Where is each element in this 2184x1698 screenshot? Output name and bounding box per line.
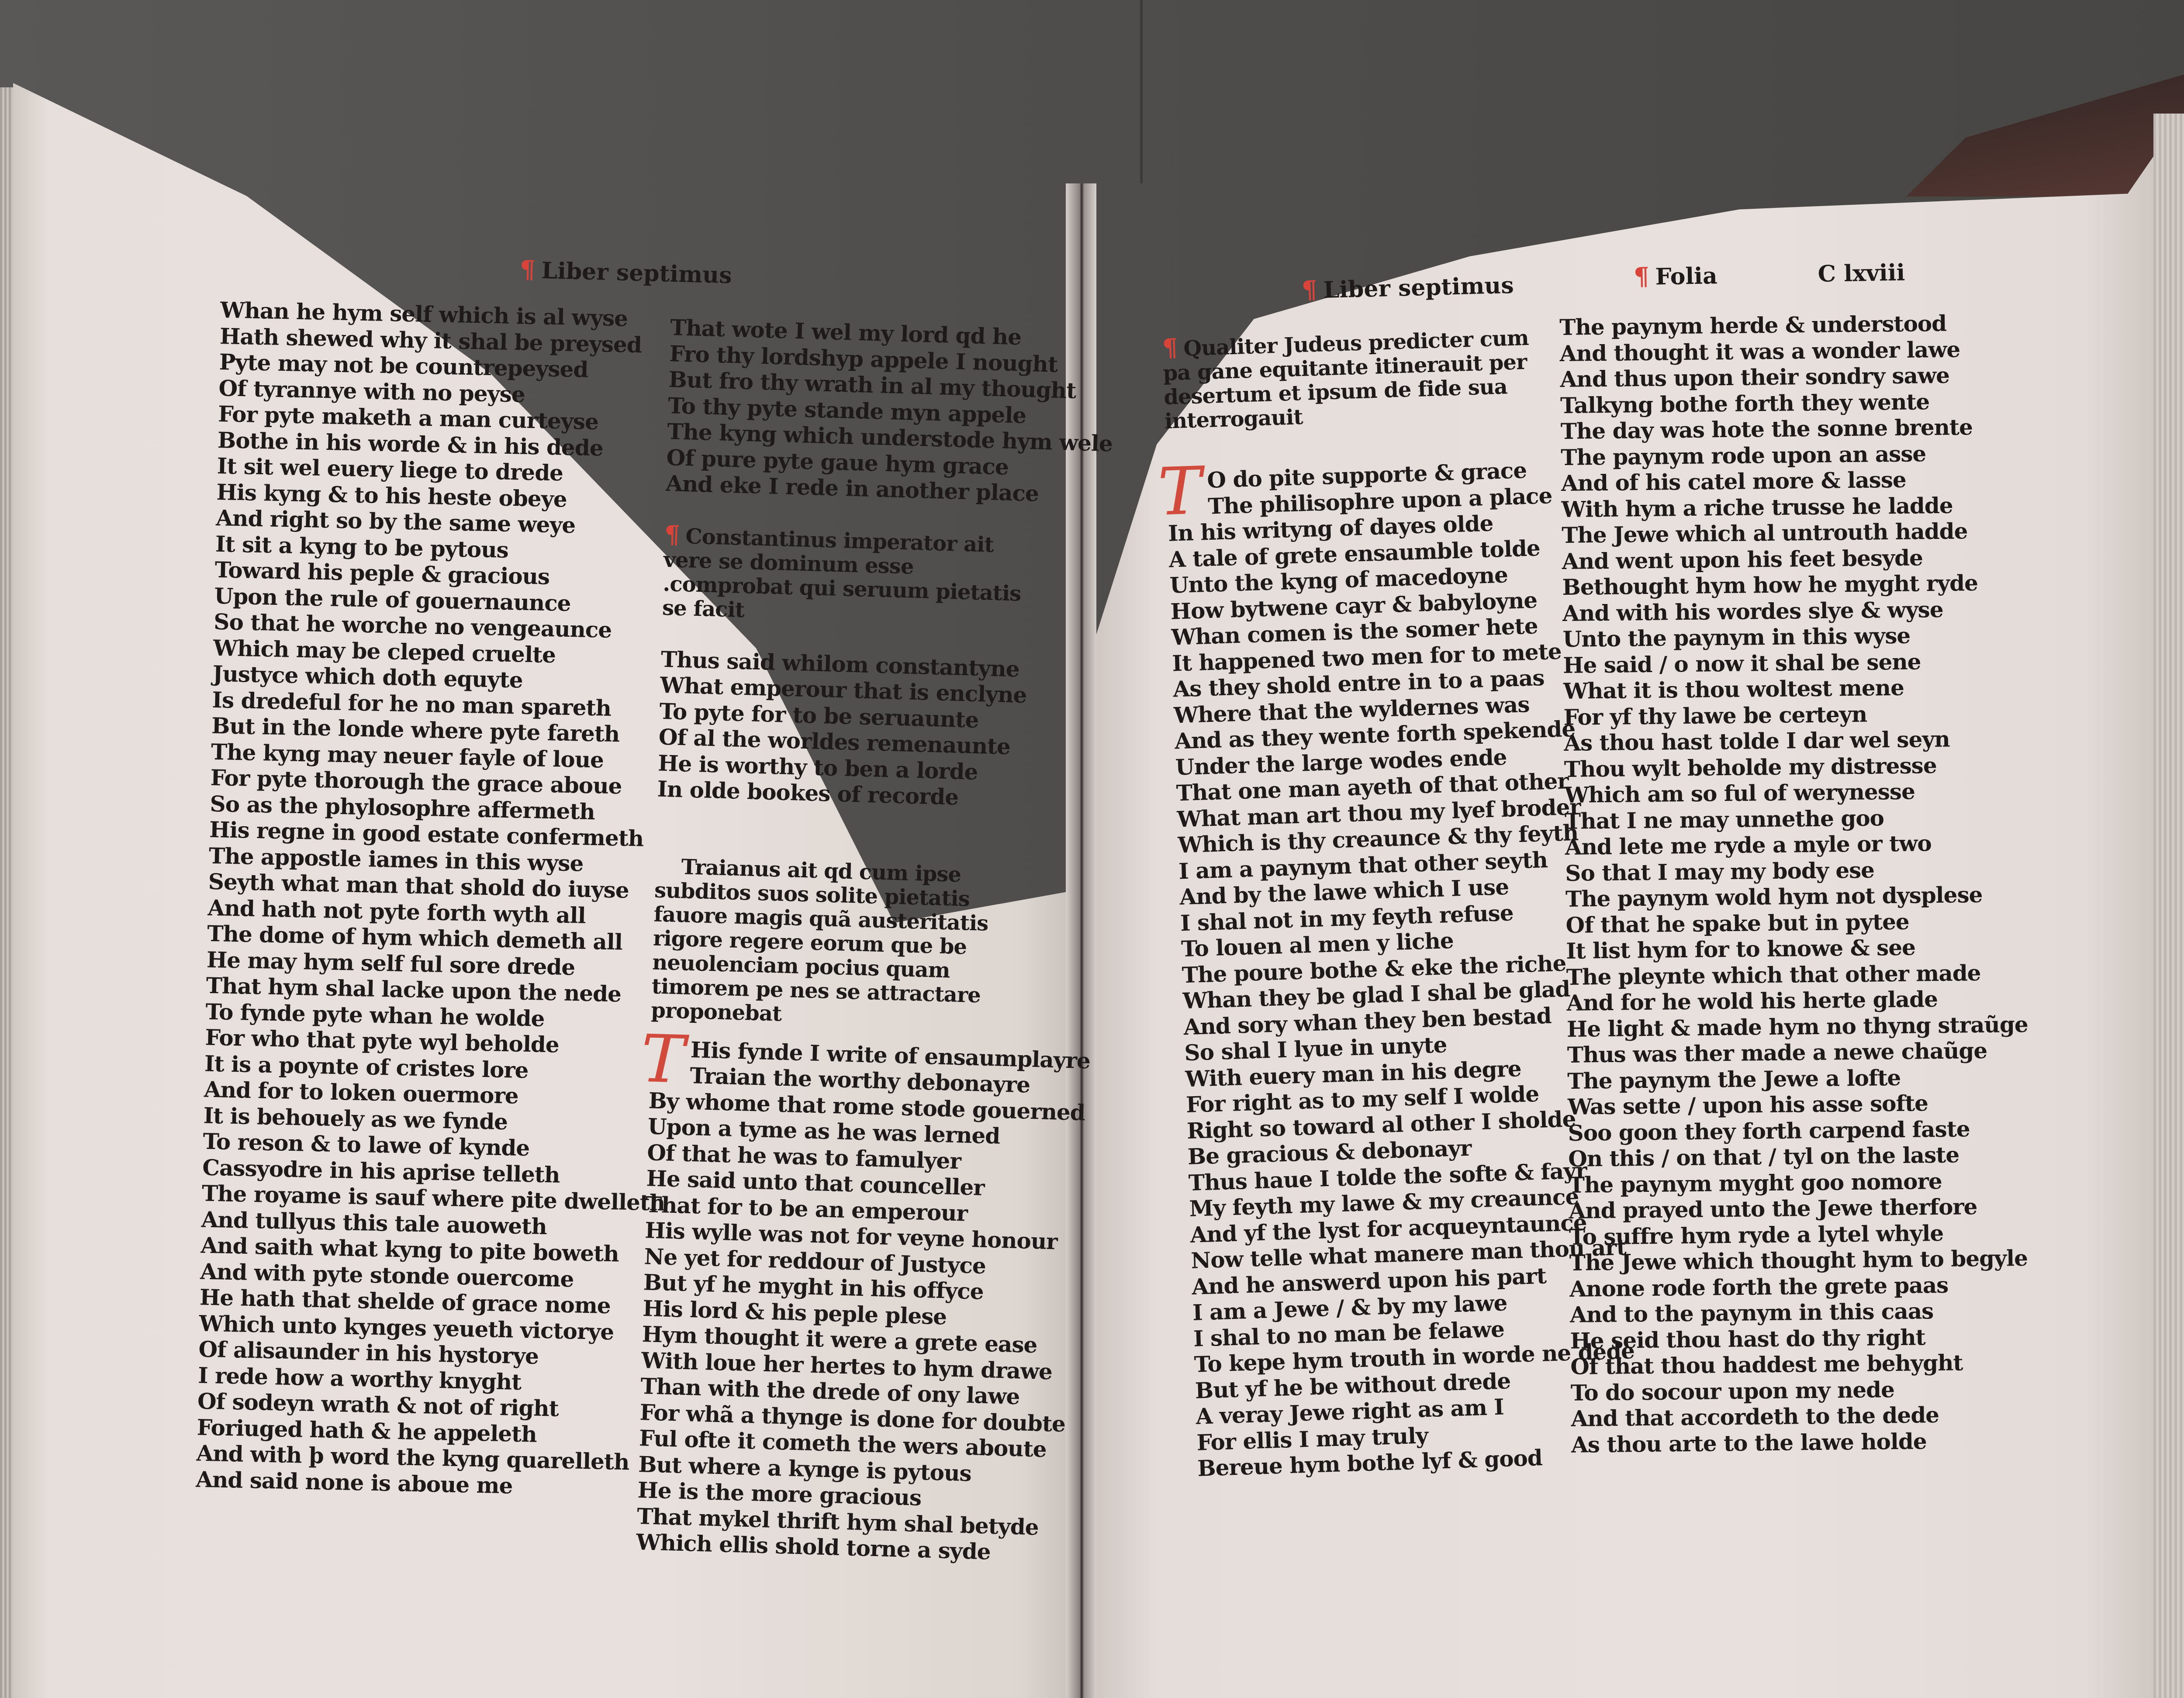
book-gutter <box>1066 183 1096 1698</box>
verse-line: And lete me ryde a myle or two <box>1565 829 2026 860</box>
verse-line: So that I may my body ese <box>1565 855 2026 886</box>
verse-line: Was sette / upon his asse softe <box>1568 1089 2029 1120</box>
pilcrow-icon: ¶ <box>519 255 536 284</box>
verse-line: The paynym herde & understood <box>1559 310 2021 341</box>
verse-line: On this / on that / tyl on the laste <box>1568 1141 2029 1172</box>
verse-line: And with his wordes slye & wyse <box>1562 595 2024 626</box>
pilcrow-icon: ¶ <box>1633 262 1649 291</box>
folio-number: C lxviii <box>1818 259 1905 287</box>
verse-line: The paynym rode upon an asse <box>1561 439 2022 470</box>
verse-line: And prayed unto the Jewe therfore <box>1569 1193 2030 1224</box>
verse-line: And went upon his feet besyde <box>1562 543 2023 574</box>
verse-line: To do socour upon my nede <box>1571 1375 2032 1406</box>
verse-block-2: Thus said whilom constantyneWhat emperou… <box>657 646 1019 812</box>
verse-line: What it is thou woltest mene <box>1563 673 2025 704</box>
verse-line: He said / o now it shal be sene <box>1563 647 2024 678</box>
folio-label: Folia <box>1655 262 1717 290</box>
verse-line: Bethought hym how he myght ryde <box>1562 569 2023 601</box>
right-page-column-1: ¶Qualiter Judeus predicter cum pa gane e… <box>1162 325 1565 1482</box>
verse-line: And for he wold his herte glade <box>1566 985 2028 1016</box>
rubric-constantinus: ¶Constantinus imperator ait vere se domi… <box>662 522 1023 630</box>
verse-line: With hym a riche trusse he ladde <box>1561 491 2022 522</box>
verse-line: Of that he spake but in pytee <box>1565 907 2027 938</box>
verse-line: It list hym for to knowe & see <box>1566 933 2027 964</box>
verse-line: For yf thy lawe be certeyn <box>1563 699 2025 730</box>
verse-line: The Jewe which al untrouth hadde <box>1562 518 2023 549</box>
verse-line: The paynym wold hym not dysplese <box>1565 881 2027 912</box>
verse-line: That I ne may unnethe goo <box>1565 803 2026 834</box>
rubric-traianus: Traianus ait qd cum ipse subditos suos s… <box>651 854 1013 1032</box>
verse-line: The paynym the Jewe a lofte <box>1567 1063 2028 1094</box>
verse-line: And to the paynym in this caas <box>1570 1297 2031 1328</box>
verse-line: As thou hast tolde I dar wel seyn <box>1564 725 2025 756</box>
verse-line: And that accordeth to the dede <box>1571 1401 2032 1432</box>
decorated-initial: T <box>1157 465 1202 518</box>
verse-line: Of that thou haddest me behyght <box>1570 1349 2032 1380</box>
running-head-text: Liber septimus <box>541 257 732 289</box>
book-cover-edge <box>1075 66 2184 197</box>
verse-line: He seid thou hast do thy right <box>1570 1323 2031 1354</box>
verse-line: The Jewe which thought hym to begyle <box>1569 1245 2030 1276</box>
pilcrow-icon: ¶ <box>1301 275 1317 304</box>
left-page-column-2: That wote I wel my lord qd heFro thy lor… <box>636 314 1029 1565</box>
verse-line: Talkyng bothe forth they wente <box>1560 387 2022 418</box>
verse-line: Unto the paynym in this wyse <box>1562 621 2024 652</box>
verse-line: The day was hote the sonne brente <box>1560 414 2022 445</box>
verse-line: He light & made hym no thyng straũge <box>1567 1011 2028 1042</box>
verse-line: The paynym myght goo nomore <box>1569 1167 2030 1198</box>
right-page-column-2: The paynym herde & understoodAnd thought… <box>1559 310 2032 1458</box>
verse-block-3: T His fynde I write of ensaumplayreTraia… <box>636 1035 1009 1565</box>
backdrop-divider <box>1140 0 1143 183</box>
right-running-head: ¶Liber septimus <box>1301 270 1514 305</box>
verse-block-1: That wote I wel my lord qd heFro thy lor… <box>665 314 1028 506</box>
verse-line: To suffre hym ryde a lytel whyle <box>1569 1219 2030 1250</box>
verse-line: The pleynte which that other made <box>1566 959 2028 990</box>
verse-line: Anone rode forth the grete paas <box>1569 1271 2031 1302</box>
verse-line: And thus upon their sondry sawe <box>1560 362 2021 393</box>
pilcrow-icon: ¶ <box>664 520 680 549</box>
left-running-head: ¶Liber septimus <box>519 255 732 290</box>
folio-header: ¶FoliaC lxviii <box>1633 258 1905 291</box>
verse-line: Thou wylt beholde my distresse <box>1564 751 2025 782</box>
verse-line: And of his catel more & lasse <box>1561 466 2022 497</box>
verse-line: Which am so ful of werynesse <box>1564 777 2025 808</box>
verse-line: And thought it was a wonder lawe <box>1560 335 2021 366</box>
verse-line: Thus was ther made a newe chaũge <box>1567 1037 2028 1068</box>
rubric-qualiter: ¶Qualiter Judeus predicter cum pa gane e… <box>1162 325 1532 434</box>
left-page-column-1: Whan he hym self which is al wyseHath sh… <box>196 297 684 1502</box>
decorated-initial: T <box>640 1032 685 1086</box>
verse-line: As thou arte to the lawe holde <box>1571 1427 2032 1458</box>
pilcrow-icon: ¶ <box>1162 333 1178 362</box>
right-fore-edge <box>2153 114 2184 1698</box>
verse-block: T O do pite supporte & graceThe philisop… <box>1166 457 1565 1481</box>
verse-line: Soo goon they forth carpend faste <box>1568 1115 2029 1146</box>
